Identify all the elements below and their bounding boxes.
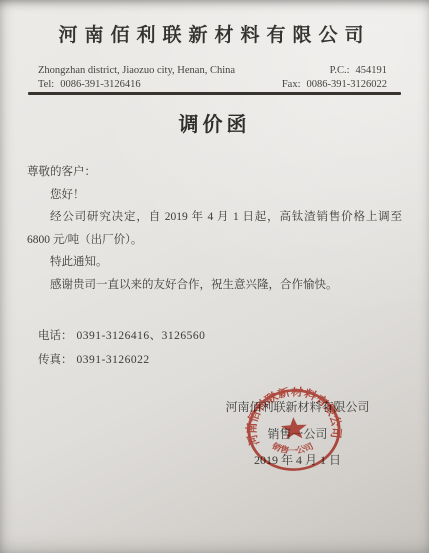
phone-label: 电话： — [38, 330, 73, 342]
letterhead-info-right: P.C.:454191 Fax:0086-391-3126022 — [282, 64, 387, 91]
fax-label: Fax: — [282, 79, 301, 90]
greeting: 您好！ — [27, 184, 402, 207]
pc-label: P.C.: — [330, 65, 350, 76]
salutation: 尊敬的客户： — [27, 161, 402, 184]
letterhead-company-name: 河南佰利联新材料有限公司 — [0, 20, 429, 47]
notice-line: 特此通知。 — [27, 251, 402, 274]
signature-department: 销售一公司 — [190, 421, 405, 448]
letterhead-info: Zhongzhan district, Jiaozuo city, Henan,… — [38, 64, 387, 91]
contact-phone: 电话：0391-3126416、3126560 — [38, 325, 205, 349]
contact-block: 电话：0391-3126416、3126560 传真：0391-3126022 — [38, 325, 205, 372]
contact-fax: 传真：0391-3126022 — [38, 349, 205, 373]
signature-company: 河南佰利联新材料有限公司 — [190, 394, 405, 421]
letter-title: 调价函 — [0, 108, 429, 137]
body-paragraph: 经公司研究决定，自 2019 年 4 月 1 日起，高钛渣销售价格上调至 680… — [27, 206, 402, 251]
contact-fax-value: 0391-3126022 — [77, 354, 150, 366]
phone-value: 0391-3126416、3126560 — [77, 330, 206, 342]
letterhead-fax: Fax:0086-391-3126022 — [282, 78, 387, 92]
letterhead-address: Zhongzhan district, Jiaozuo city, Henan,… — [38, 64, 235, 78]
tel-value: 0086-391-3126416 — [60, 79, 141, 90]
letterhead-pc: P.C.:454191 — [282, 64, 387, 78]
fax-value: 0086-391-3126022 — [307, 79, 388, 90]
pc-value: 454191 — [356, 65, 388, 76]
signature-date: 2019 年 4 月 1 日 — [190, 447, 405, 474]
scanned-letter-page: 河南佰利联新材料有限公司 Zhongzhan district, Jiaozuo… — [0, 0, 429, 553]
letterhead-divider — [28, 92, 401, 95]
contact-fax-label: 传真： — [38, 354, 73, 366]
tel-label: Tel: — [38, 79, 54, 90]
letterhead-info-left: Zhongzhan district, Jiaozuo city, Henan,… — [38, 64, 235, 91]
thanks-line: 感谢贵司一直以来的友好合作，祝生意兴隆，合作愉快。 — [27, 274, 402, 297]
letter-body: 尊敬的客户： 您好！ 经公司研究决定，自 2019 年 4 月 1 日起，高钛渣… — [27, 161, 402, 296]
signature-block: 河南佰利联新材料有限公司 销售一公司 2019 年 4 月 1 日 — [190, 394, 405, 474]
letterhead-tel: Tel:0086-391-3126416 — [38, 78, 235, 92]
